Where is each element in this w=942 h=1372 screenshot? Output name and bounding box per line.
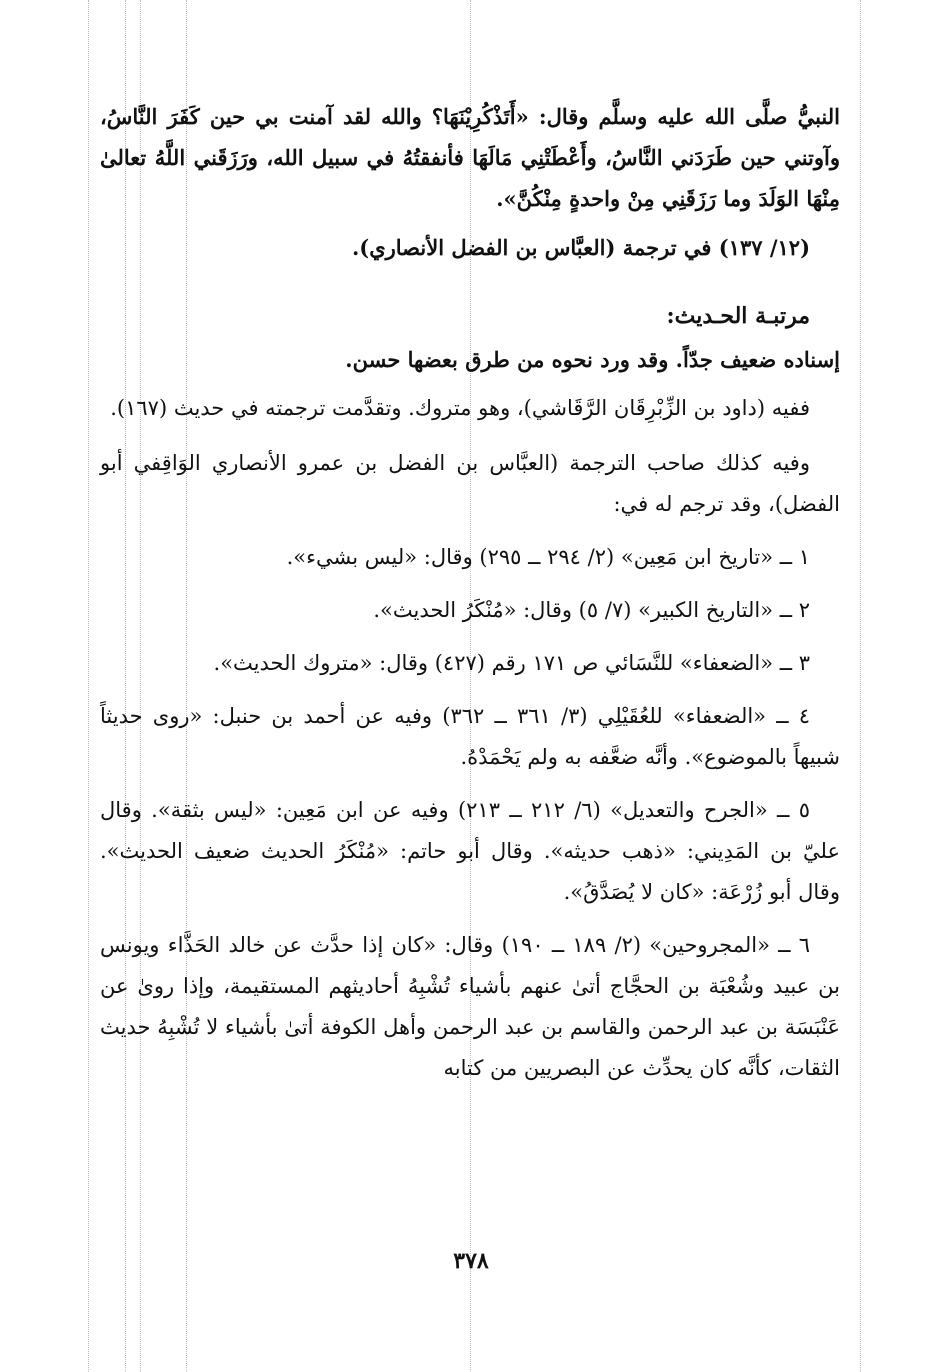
book-page: النبيُّ صلَّى الله عليه وسلَّم وقال: «أَ… [100,96,840,1089]
section-heading-hadith-grade: مرتبـة الحـديث: [100,296,840,337]
scan-artifact-line [88,0,89,1372]
source-item: ٢ ــ «التاريخ الكبير» (٧/ ٥) وقال: «مُنْ… [100,590,840,631]
source-item: ١ ــ «تاريخ ابن مَعِين» (٢/ ٢٩٤ ــ ٢٩٥) … [100,537,840,578]
page-number: ٣٧٨ [0,1248,942,1274]
scan-artifact-line [860,0,861,1372]
hadith-quote: النبيُّ صلَّى الله عليه وسلَّم وقال: «أَ… [100,96,840,219]
note-narrator-dawud: ففيه (داود بن الزِّبْرِقَان الرَّقَاشي)،… [100,388,840,429]
sources-list: ١ ــ «تاريخ ابن مَعِين» (٢/ ٢٩٤ ــ ٢٩٥) … [100,537,840,1089]
source-reference: (١٢/ ١٣٧) في ترجمة (العبَّاس بن الفضل ال… [100,227,840,268]
hadith-grade: إسناده ضعيف جدّاً. وقد ورد نحوه من طرق ب… [100,339,840,380]
source-item: ٣ ــ «الضعفاء» للنَّسَائي ص ١٧١ رقم (٤٢٧… [100,643,840,684]
source-item: ٥ ــ «الجرح والتعديل» (٦/ ٢١٢ ــ ٢١٣) وف… [100,790,840,913]
note-narrator-abbas: وفيه كذلك صاحب الترجمة (العبَّاس بن الفض… [100,443,840,525]
source-item: ٤ ــ «الضعفاء» للعُقَيْلِي (٣/ ٣٦١ ــ ٣٦… [100,696,840,778]
source-item: ٦ ــ «المجروحين» (٢/ ١٨٩ ــ ١٩٠) وقال: «… [100,925,840,1089]
